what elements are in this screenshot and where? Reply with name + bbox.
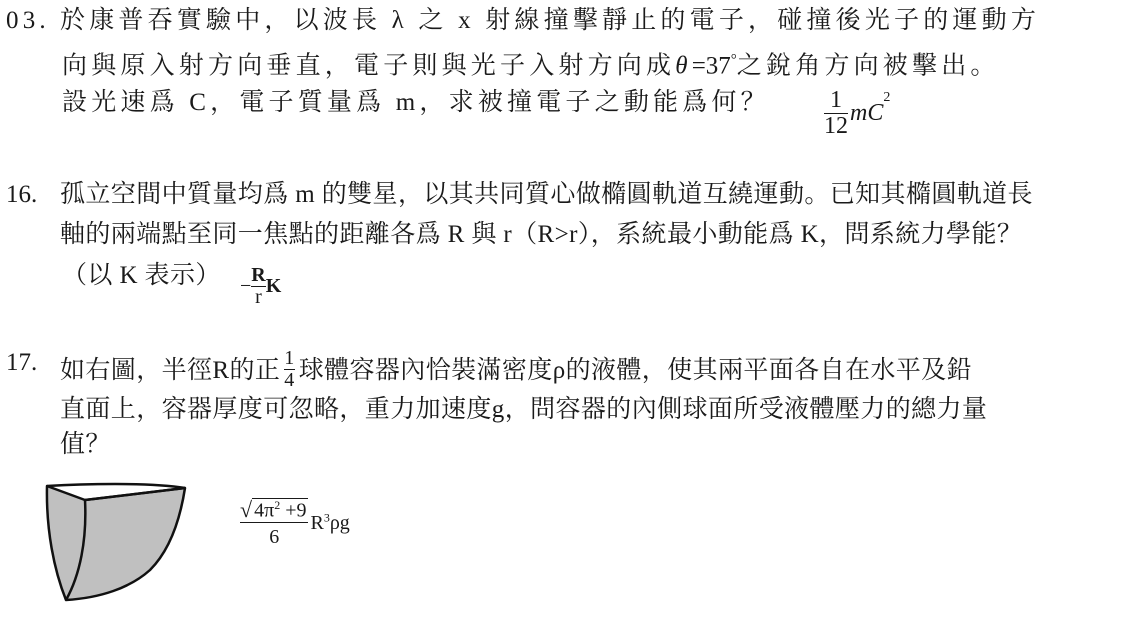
question-number: 03.: [6, 6, 50, 36]
formula-tail: mC: [850, 100, 883, 126]
text-span: 之銳角方向被擊出。: [737, 52, 1000, 79]
fraction-denominator: r: [251, 286, 265, 308]
answer-formula: 1 12 mC2: [824, 88, 890, 139]
text-span: 球體容器內恰裝滿密度ρ的液體，使其兩平面各自在水平及鉛: [299, 357, 972, 384]
fraction-numerator: 1: [824, 88, 848, 113]
fraction: R r: [251, 265, 265, 308]
fraction-denominator: 4: [284, 369, 294, 391]
fraction-denominator: 12: [824, 113, 848, 139]
question-text-line: 軸的兩端點至同一焦點的距離各爲 R 與 r（R>r），系統最小動能爲 K，問系統…: [60, 220, 1022, 250]
radicand: 4π2 +9: [252, 498, 308, 522]
question-text-line: 如右圖，半徑R的正 1 4 球體容器內恰裝滿密度ρ的液體，使其兩平面各自在水平及…: [60, 348, 972, 391]
theta-symbol: θ: [675, 52, 691, 79]
tail-term: R: [310, 512, 323, 534]
question-text-line: （以 K 表示）: [62, 261, 221, 291]
answer-formula: − R r K: [240, 265, 281, 308]
question-text-line: 值？: [60, 430, 111, 460]
question-text-line: 孤立空間中質量均爲 m 的雙星，以其共同質心做橢圓軌道互繞運動。已知其橢圓軌道長: [60, 180, 1033, 210]
question-text-line: 直面上，容器厚度可忽略，重力加速度g，問容器的內側球面所受液體壓力的總力量: [60, 395, 987, 425]
fraction-numerator: √4π2 +9: [240, 498, 308, 522]
minus-sign: −: [240, 275, 251, 297]
fraction-denominator: 6: [240, 522, 308, 548]
text-span: 向與原入射方向垂直，電子則與光子入射方向成: [62, 52, 675, 79]
fraction-numerator: 1: [284, 348, 294, 369]
exponent: 2: [883, 90, 890, 105]
quarter-sphere-figure: [40, 480, 192, 608]
sqrt-symbol: √: [240, 497, 252, 522]
tail-term: ρg: [330, 512, 350, 534]
question-text-line: 設光速爲 C，電子質量爲 m，求被撞電子之動能爲何？: [62, 88, 770, 118]
radicand-term: +9: [280, 500, 306, 522]
question-number: 16.: [6, 180, 37, 210]
question-number: 17.: [6, 348, 37, 378]
answer-formula: √4π2 +9 6 R3ρg: [240, 498, 350, 548]
fraction-numerator: R: [251, 265, 265, 286]
text-span: 如右圖，半徑R的正: [60, 357, 280, 384]
formula-tail: R3ρg: [310, 512, 349, 534]
fraction: 1 12: [824, 88, 848, 139]
angle-value: =37: [692, 52, 731, 79]
fraction: √4π2 +9 6: [240, 498, 308, 548]
question-text-line: 於康普吞實驗中，以波長 λ 之 x 射線撞擊靜止的電子，碰撞後光子的運動方: [60, 6, 1040, 36]
radicand-term: 4π: [254, 500, 274, 522]
fraction: 1 4: [284, 348, 294, 391]
question-text-line: 向與原入射方向垂直，電子則與光子入射方向成θ=37°之銳角方向被擊出。: [62, 45, 1000, 81]
formula-tail: K: [266, 275, 282, 297]
